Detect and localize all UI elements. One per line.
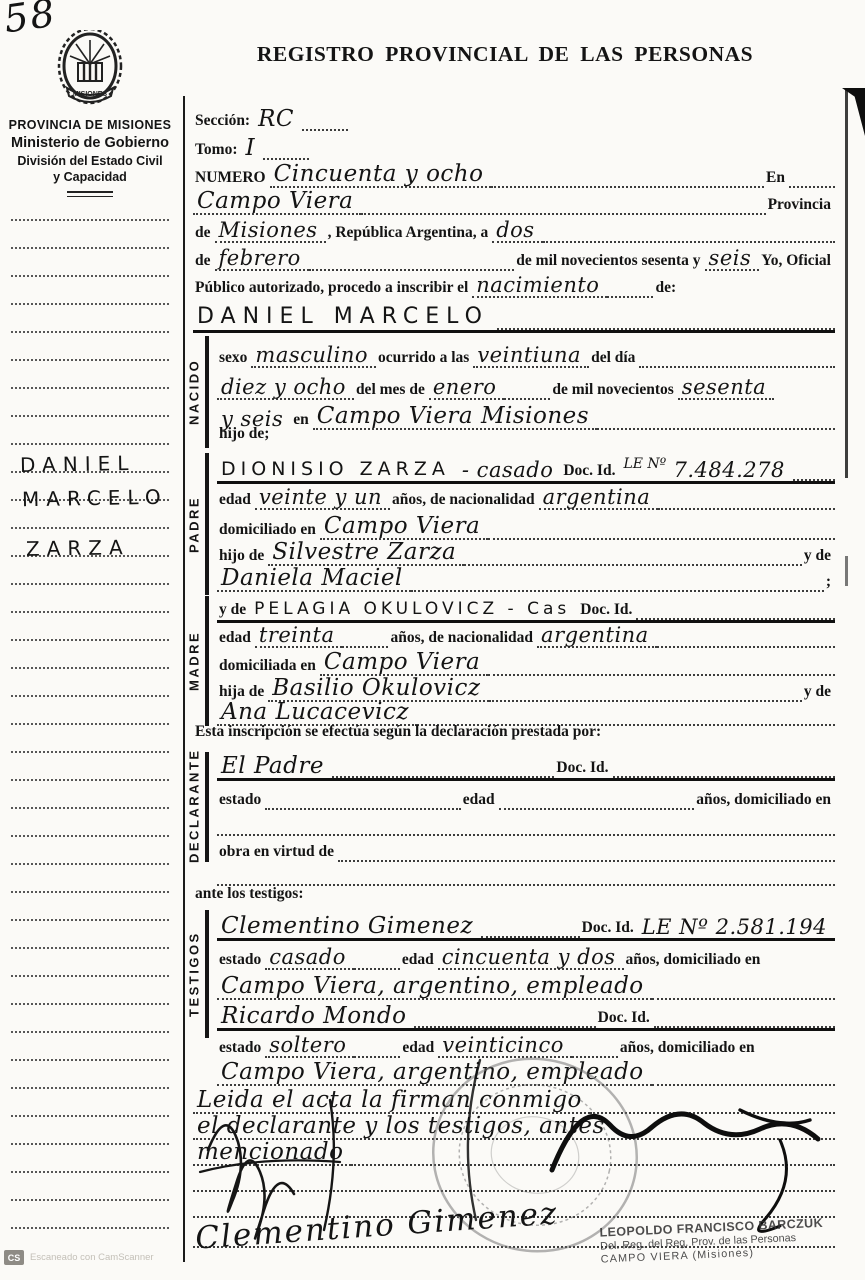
provincial-crest-icon: MISIONES [47, 30, 133, 110]
camscanner-text: Escaneado con CamScanner [30, 1252, 154, 1263]
testigo2-nombre: Ricardo Mondo [217, 1004, 414, 1028]
row-inscribe: Público autorizado, procedo a inscribir … [193, 268, 835, 298]
scanned-birth-record: 58 MISIONES PROVINCIA DE MISIONES Minist… [0, 0, 865, 1280]
declarante-quien-value: El Padre [217, 754, 332, 778]
testigo1-edad-value: cincuenta y dos [438, 946, 624, 970]
row-declaracion-intro: Esta inscripción se efectúa según la dec… [193, 712, 835, 742]
row-padre-nombre: DIONISIO ZARZA - casado Doc. Id. LE Nº 7… [217, 447, 835, 484]
row-testigo1-estado: estado casado edad cincuenta y dos años,… [217, 940, 835, 970]
testigo1-doc-label: Doc. Id. [580, 919, 638, 938]
row-place: Campo Viera Provincia [193, 185, 835, 215]
testigo2-doc-label: Doc. Id. [596, 1009, 654, 1028]
hora-label: ocurrido a las [376, 349, 473, 368]
row-testigo1-nombre: Clementino Gimenez Doc. Id. LE Nº 2.581.… [217, 904, 835, 941]
hijo-label: hijo de; [217, 425, 273, 444]
dia-label: del día [589, 349, 639, 368]
testigo1-nombre: Clementino Gimenez [217, 914, 481, 938]
acto-value: nacimiento [472, 274, 607, 298]
row-madre-edad: edad treinta años, de nacionalidad argen… [217, 618, 835, 648]
camscanner-badge-icon: CS [4, 1250, 24, 1265]
row-registered-name: DANIEL MARCELO [193, 296, 835, 333]
anio-value: sesenta [678, 376, 774, 400]
madre-edad-value: treinta [255, 624, 343, 648]
margin-name-middle: MARCELO [22, 485, 168, 512]
row-seccion: Sección: RC [193, 101, 835, 131]
testigo1-anios-label: años, domiciliado en [624, 951, 765, 970]
row-tomo: Tomo: I [193, 130, 835, 160]
padre-nac-label: años, de nacionalidad [390, 491, 539, 510]
margin-name-last: ZARZA [26, 535, 130, 561]
padre-edad-label: edad [217, 491, 255, 510]
registered-name: DANIEL MARCELO [193, 306, 497, 330]
testigo1-edad-label: edad [400, 951, 438, 970]
padre-estado: - casado [458, 459, 561, 481]
crest-banner-text: MISIONES [73, 91, 108, 98]
letterhead-divider [67, 191, 113, 197]
scan-edge-mark [845, 556, 848, 586]
row-fecha-nacimiento: diez y ocho del mes de enero de mil nove… [217, 370, 835, 400]
day-value: dos [492, 219, 542, 243]
mes-label: del mes de [354, 381, 429, 400]
tomo-value: I [242, 136, 264, 160]
letterhead-line1: PROVINCIA DE MISIONES [5, 118, 175, 132]
padre-nombre: DIONISIO ZARZA [217, 460, 458, 481]
dotted-fill [613, 774, 835, 778]
sexo-label: sexo [217, 349, 251, 368]
row-testigo2-nombre: Ricardo Mondo Doc. Id. [217, 994, 835, 1031]
margin-name-first: DANIEL [20, 451, 136, 477]
padre-nac-value: argentina [539, 486, 659, 510]
seccion-value: RC [254, 107, 302, 131]
row-declarante-quien: El Padre Doc. Id. [217, 744, 835, 781]
row-provincia: de Misiones , República Argentina, a dos [193, 213, 835, 243]
dotted-fill [639, 364, 835, 368]
padre-doc-prefix: LE Nº [623, 456, 666, 472]
row-hijo-de: hijo de; [217, 418, 835, 444]
seccion-label: Sección: [193, 112, 254, 131]
dotted-fill [481, 934, 580, 938]
scanner-watermark: CS Escaneado con CamScanner [4, 1250, 154, 1265]
row-month-year: de febrero de mil novecientos sesenta y … [193, 241, 835, 271]
declarante-doc-label: Doc. Id. [554, 759, 612, 778]
padre-doc-label: Doc. Id. [561, 462, 619, 481]
hora-value: veintiuna [473, 344, 589, 368]
padre-doc-numero: 7.484.278 [673, 458, 784, 482]
padre-edad-value: veinte y un [255, 486, 390, 510]
testigos-intro-label: ante los testigos: [193, 885, 308, 904]
dia-value: diez y ocho [217, 376, 354, 400]
madre-nac-value: argentina [537, 624, 657, 648]
letterhead: MISIONES PROVINCIA DE MISIONES Ministeri… [5, 30, 175, 197]
row-padre-edad: edad veinte y un años, de nacionalidad a… [217, 480, 835, 510]
margin-ruled-lines [10, 206, 170, 1254]
testigo1-estado-value: casado [265, 946, 354, 970]
scan-edge-line [845, 88, 848, 478]
declaracion-intro-label: Esta inscripción se efectúa según la dec… [193, 723, 605, 742]
row-testigos-intro: ante los testigos: [193, 874, 835, 904]
row-sexo: sexo masculino ocurrido a las veintiuna … [217, 338, 835, 368]
sexo-value: masculino [251, 344, 376, 368]
letterhead-line3: División del Estado Civil [5, 154, 175, 168]
row-numero: NUMERO Cincuenta y ocho En [193, 158, 835, 188]
dotted-fill [497, 326, 835, 330]
dotted-fill [332, 774, 554, 778]
document-title: REGISTRO PROVINCIAL DE LAS PERSONAS [255, 42, 755, 67]
provincia-value: Misiones [215, 219, 326, 243]
place-value: Campo Viera [193, 189, 361, 215]
letterhead-line4: y Capacidad [5, 170, 175, 184]
anio-label: de mil novecientos [550, 381, 677, 400]
testigo1-doc-value: LE Nº 2.581.194 [638, 916, 835, 938]
letterhead-line2: Ministerio de Gobierno [5, 135, 175, 151]
mes-value: enero [429, 376, 505, 400]
testigo1-estado-label: estado [217, 951, 265, 970]
